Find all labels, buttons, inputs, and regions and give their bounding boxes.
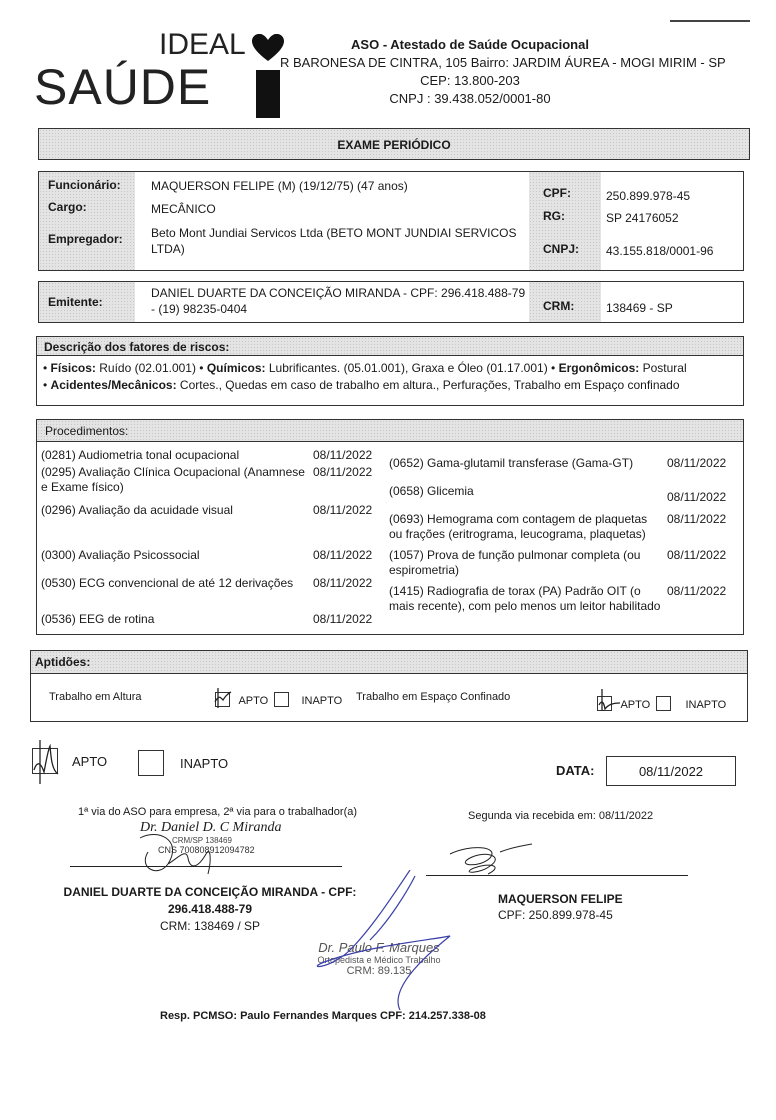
aptidao-altura-apto-label: APTO bbox=[238, 695, 268, 707]
procedure-date: 08/11/2022 bbox=[313, 612, 372, 626]
resultado-apto-label: APTO bbox=[72, 754, 107, 769]
checkbox-checked-icon bbox=[215, 692, 230, 707]
logo: IDEAL SAÚDE bbox=[34, 28, 304, 123]
procedure-name: (0295) Avaliação Clínica Ocupacional (An… bbox=[41, 465, 309, 495]
exam-type-bar: EXAME PERIÓDICO bbox=[38, 128, 750, 160]
logo-figure-body bbox=[256, 70, 280, 118]
procedure-name: (0658) Glicemia bbox=[389, 484, 661, 499]
cargo-label: Cargo: bbox=[48, 200, 87, 214]
resp-pcmso: Resp. PCMSO: Paulo Fernandes Marques CPF… bbox=[160, 1010, 486, 1022]
data-value: 08/11/2022 bbox=[607, 764, 735, 779]
procedure-name: (1057) Prova de função pulmonar completa… bbox=[389, 548, 661, 578]
procedure-date: 08/11/2022 bbox=[313, 465, 372, 479]
risk-category: Acidentes/Mecânicos: bbox=[51, 378, 177, 392]
emitente-label: Emitente: bbox=[48, 295, 103, 309]
data-field[interactable]: 08/11/2022 bbox=[606, 756, 736, 786]
procedure-name: (0536) EEG de rotina bbox=[41, 612, 309, 627]
checkbox-empty-icon bbox=[274, 692, 289, 707]
crm-label: CRM: bbox=[543, 299, 574, 313]
cnpj-value: 43.155.818/0001-96 bbox=[606, 244, 713, 258]
aptidao-altura-label: Trabalho em Altura bbox=[49, 691, 142, 703]
risk-items: Postural bbox=[639, 361, 686, 375]
procedimentos-title-bar: Procedimentos: bbox=[37, 420, 743, 442]
aptidao-altura-apto-checkbox[interactable]: APTO bbox=[215, 691, 268, 709]
logo-saude-text: SAÚDE bbox=[34, 58, 211, 116]
emitente-box: Emitente: DANIEL DUARTE DA CONCEIÇÃO MIR… bbox=[38, 281, 744, 323]
trabalhador-name: MAQUERSON FELIPE bbox=[498, 892, 623, 906]
aptidao-confinado-apto-checkbox[interactable]: APTO bbox=[597, 695, 650, 713]
procedure-date: 08/11/2022 bbox=[667, 548, 726, 562]
vias-note: 1ª via do ASO para empresa, 2ª via para … bbox=[78, 806, 357, 818]
clinic-address: R BARONESA DE CINTRA, 105 Bairro: JARDIM… bbox=[280, 54, 640, 72]
logo-ideal-text: IDEAL bbox=[159, 28, 246, 62]
risk-category: Químicos: bbox=[207, 361, 266, 375]
data-label: DATA: bbox=[556, 763, 595, 778]
resultado-inapto-label: INAPTO bbox=[180, 756, 228, 771]
procedure-date: 08/11/2022 bbox=[667, 584, 726, 598]
segunda-via-note: Segunda via recebida em: 08/11/2022 bbox=[468, 810, 653, 822]
procedure-name: (1415) Radiografia de torax (PA) Padrão … bbox=[389, 584, 661, 614]
cpf-label: CPF: bbox=[543, 186, 571, 200]
medico-signature bbox=[128, 828, 248, 888]
procedure-date: 08/11/2022 bbox=[667, 490, 726, 504]
risk-items: Ruído (02.01.001) • bbox=[96, 361, 207, 375]
crm-value: 138469 - SP bbox=[606, 301, 673, 315]
cnpj-label: CNPJ: bbox=[543, 242, 579, 256]
riscos-line-2: • Acidentes/Mecânicos: Cortes., Quedas e… bbox=[43, 378, 680, 392]
trabalhador-cpf: CPF: 250.899.978-45 bbox=[498, 908, 613, 922]
riscos-title: Descrição dos fatores de riscos: bbox=[44, 340, 229, 354]
document-title: ASO - Atestado de Saúde Ocupacional bbox=[300, 36, 640, 54]
checkbox-checked-icon bbox=[597, 696, 612, 711]
procedure-date: 08/11/2022 bbox=[313, 548, 372, 562]
procedure-name: (0652) Gama-glutamil transferase (Gama-G… bbox=[389, 456, 661, 471]
aptidao-confinado-apto-label: APTO bbox=[620, 699, 650, 711]
cpf-value: 250.899.978-45 bbox=[606, 189, 690, 203]
riscos-title-bar: Descrição dos fatores de riscos: bbox=[37, 337, 743, 356]
cargo-value: MECÂNICO bbox=[151, 202, 216, 216]
procedure-name: (0300) Avaliação Psicossocial bbox=[41, 548, 309, 563]
risk-category: Físicos: bbox=[51, 361, 96, 375]
aptidoes-title: Aptidões: bbox=[35, 655, 90, 669]
empregador-label: Empregador: bbox=[48, 232, 123, 246]
procedimentos-box: Procedimentos: (0281) Audiometria tonal … bbox=[36, 419, 744, 635]
procedure-name: (0530) ECG convencional de até 12 deriva… bbox=[41, 576, 309, 591]
funcionario-label: Funcionário: bbox=[48, 178, 121, 192]
rg-label: RG: bbox=[543, 209, 565, 223]
procedimentos-title: Procedimentos: bbox=[45, 424, 128, 438]
procedure-date: 08/11/2022 bbox=[313, 448, 372, 462]
procedure-date: 08/11/2022 bbox=[667, 512, 726, 526]
procedure-name: (0296) Avaliação da acuidade visual bbox=[41, 503, 309, 518]
risk-items: Lubrificantes. (05.01.001), Graxa e Óleo… bbox=[266, 361, 559, 375]
scan-line bbox=[670, 20, 750, 22]
employee-box: Funcionário: MAQUERSON FELIPE (M) (19/12… bbox=[38, 171, 744, 271]
bullet: • bbox=[43, 378, 51, 392]
risk-items: Cortes., Quedas em caso de trabalho em a… bbox=[177, 378, 680, 392]
aptidao-altura-inapto-label: INAPTO bbox=[301, 695, 342, 707]
aptidao-altura-inapto-checkbox[interactable]: INAPTO bbox=[274, 691, 342, 709]
resultado-inapto-checkbox[interactable]: INAPTO bbox=[138, 750, 238, 780]
procedure-name: (0693) Hemograma com contagem de plaquet… bbox=[389, 512, 661, 542]
clinic-header: ASO - Atestado de Saúde Ocupacional R BA… bbox=[300, 36, 640, 108]
riscos-line-1: • Físicos: Ruído (02.01.001) • Químicos:… bbox=[43, 361, 687, 375]
clinic-cep: CEP: 13.800-203 bbox=[300, 72, 640, 90]
bullet: • bbox=[43, 361, 51, 375]
pcmso-signature bbox=[290, 870, 490, 1010]
risk-category: Ergonômicos: bbox=[559, 361, 640, 375]
resultado-apto-checkbox[interactable]: APTO bbox=[32, 748, 122, 784]
procedure-date: 08/11/2022 bbox=[667, 456, 726, 470]
procedure-date: 08/11/2022 bbox=[313, 503, 372, 517]
riscos-box: Descrição dos fatores de riscos: • Físic… bbox=[36, 336, 744, 406]
check-scribble-icon bbox=[30, 740, 60, 786]
exam-type: EXAME PERIÓDICO bbox=[39, 138, 749, 152]
aptidoes-box: Aptidões: Trabalho em Altura APTO INAPTO… bbox=[30, 650, 748, 722]
checkbox-empty-icon bbox=[138, 750, 164, 776]
aptidoes-title-bar: Aptidões: bbox=[31, 651, 747, 674]
clinic-cnpj: CNPJ : 39.438.052/0001-80 bbox=[300, 90, 640, 108]
empregador-value: Beto Mont Jundiai Servicos Ltda (BETO MO… bbox=[151, 225, 521, 257]
procedure-date: 08/11/2022 bbox=[313, 576, 372, 590]
rg-value: SP 24176052 bbox=[606, 211, 679, 225]
emitente-value: DANIEL DUARTE DA CONCEIÇÃO MIRANDA - CPF… bbox=[151, 285, 531, 317]
checkbox-empty-icon bbox=[656, 696, 671, 711]
medico-signature-line bbox=[70, 866, 342, 867]
funcionario-value: MAQUERSON FELIPE (M) (19/12/75) (47 anos… bbox=[151, 179, 408, 193]
aptidao-confinado-inapto-label: INAPTO bbox=[685, 699, 726, 711]
aptidao-confinado-inapto-checkbox[interactable]: INAPTO bbox=[656, 695, 726, 713]
procedure-name: (0281) Audiometria tonal ocupacional bbox=[41, 448, 309, 463]
aptidao-confinado-label: Trabalho em Espaço Confinado bbox=[356, 691, 510, 703]
